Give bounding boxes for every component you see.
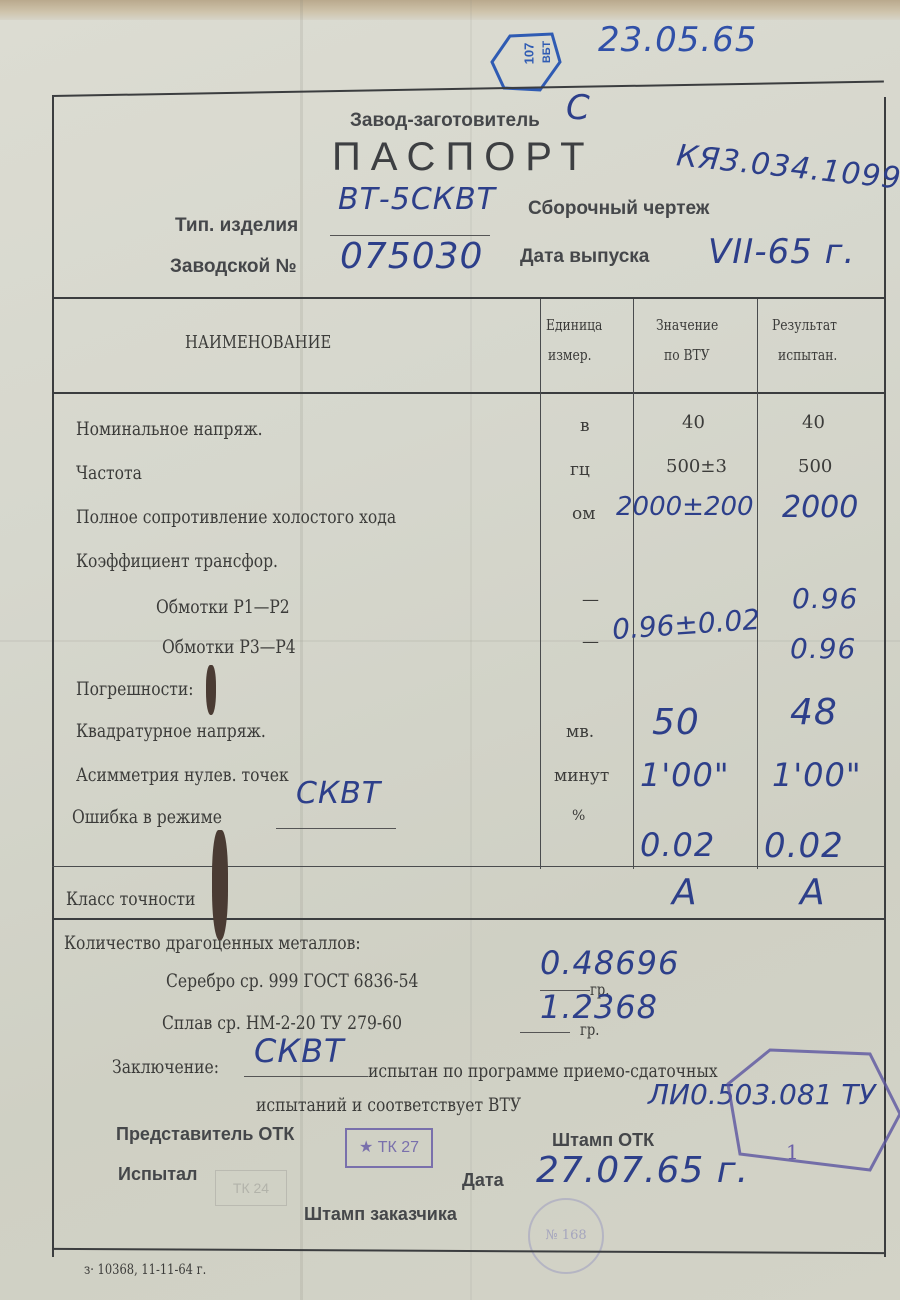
- row-spec: 2000±200: [616, 492, 754, 522]
- stamp-date: 23.05.65: [598, 20, 757, 60]
- header-spec: по ВТУ: [664, 346, 710, 364]
- row-unit: —: [582, 632, 599, 652]
- row-result: 0.96: [790, 632, 856, 665]
- row-name: Квадратурное напряж.: [76, 720, 266, 742]
- header-spec: Значение: [656, 316, 718, 334]
- release-date-label: Дата выпуска: [520, 246, 649, 268]
- row-spec: 40: [682, 412, 705, 433]
- header-result: Результат: [772, 316, 837, 334]
- row-result: 500: [798, 456, 832, 477]
- accuracy-class-spec: А: [672, 872, 698, 913]
- print-info: з· 10368, 11-11-64 г.: [84, 1262, 206, 1278]
- table-header-border: [52, 392, 884, 394]
- row-name: Обмотки Р1—Р2: [156, 596, 290, 618]
- header-name: НАИМЕНОВАНИЕ: [185, 332, 331, 353]
- row-name: Погрешности:: [76, 678, 194, 700]
- row-unit: в: [580, 416, 590, 436]
- row-result: 2000: [782, 490, 858, 525]
- row-result: 40: [802, 412, 825, 433]
- assembly-drawing-label: Сборочный чертеж: [528, 198, 709, 220]
- tested-label: Испытал: [118, 1164, 197, 1185]
- row-spec: 50: [652, 702, 700, 743]
- row-spec: 0.02: [640, 826, 715, 864]
- serial-value: 075030: [340, 236, 483, 277]
- date-value: 27.07.65 г.: [536, 1150, 749, 1191]
- col-divider: [633, 299, 634, 869]
- row-unit: гц: [570, 460, 590, 480]
- row-spec: 500±3: [666, 456, 727, 477]
- row-result: 0.02: [764, 826, 844, 866]
- row-result: 0.96: [792, 582, 858, 615]
- alloy-label: Сплав ср. НМ-2-20 ТУ 279-60: [162, 1012, 402, 1034]
- accuracy-class-label: Класс точности: [66, 888, 195, 910]
- table-bottom-border: [52, 866, 884, 867]
- row-unit: минут: [554, 766, 609, 786]
- row-name: Коэффициент трансфор.: [76, 550, 278, 572]
- row-name: Обмотки Р3—Р4: [162, 636, 296, 658]
- manufacturer-label: Завод-заготовитель: [350, 110, 540, 132]
- silver-value: 0.48696: [540, 944, 679, 982]
- stamp-number: 107: [521, 43, 536, 65]
- accuracy-class-result: А: [800, 872, 826, 913]
- row-unit: —: [582, 590, 599, 610]
- date-label: Дата: [462, 1170, 504, 1191]
- mode-fill: СКВТ: [296, 776, 381, 811]
- serial-label: Заводской №: [170, 256, 297, 278]
- tested-stamp: ТК 24: [215, 1170, 287, 1206]
- customer-stamp-label: Штамп заказчика: [304, 1204, 457, 1225]
- product-type-label: Тип. изделия: [175, 215, 298, 237]
- table-top-border: [52, 297, 884, 299]
- conclusion-product: СКВТ: [254, 1032, 345, 1070]
- alloy-underline: [520, 1032, 570, 1033]
- row-name: Номинальное напряж.: [76, 418, 263, 440]
- product-type-value: ВТ-5СКВТ: [338, 182, 496, 217]
- mode-underline: [276, 828, 396, 829]
- document-title: ПАСПОРТ: [332, 135, 595, 180]
- row-name: Ошибка в режиме: [72, 806, 222, 828]
- alloy-value: 1.2368: [540, 988, 658, 1026]
- frame-top-border: [52, 80, 884, 97]
- otk-rep-label: Представитель ОТК: [116, 1124, 294, 1145]
- row-name: Асимметрия нулев. точек: [76, 764, 289, 786]
- silver-label: Серебро ср. 999 ГОСТ 6836-54: [166, 970, 418, 992]
- row-result: 48: [790, 692, 838, 733]
- registration-stamp: 107 ВБТ: [490, 32, 562, 92]
- header-result: испытан.: [778, 346, 837, 364]
- conclusion-underline: [244, 1076, 368, 1077]
- row-spec: 1'00": [640, 756, 730, 794]
- col-divider: [540, 299, 541, 869]
- header-unit: измер.: [548, 346, 592, 364]
- customer-stamp: № 168: [528, 1198, 604, 1274]
- conclusion-label: Заключение:: [112, 1056, 219, 1078]
- row-name: Полное сопротивление холостого хода: [76, 506, 396, 528]
- row-unit: мв.: [566, 722, 594, 742]
- header-unit: Единица: [546, 316, 602, 334]
- otk-stamp-value: 1: [786, 1140, 799, 1164]
- class-row-border: [52, 918, 884, 920]
- otk-rep-stamp: ★ ТК 27: [345, 1128, 433, 1168]
- col-divider: [757, 299, 758, 869]
- row-name: Частота: [76, 462, 142, 484]
- conclusion-text-2: испытаний и соответствует ВТУ: [256, 1094, 521, 1116]
- paper-tear: [212, 830, 228, 940]
- row-unit: %: [572, 808, 585, 824]
- stamp-dept: ВБТ: [541, 41, 553, 63]
- release-date-value: VII-65 г.: [708, 232, 855, 272]
- row-unit: ом: [572, 504, 595, 524]
- paper-hole: [206, 665, 216, 715]
- otk-stamp-label: Штамп ОТК: [552, 1130, 654, 1151]
- paper-torn-edge: [0, 0, 900, 20]
- row-result: 1'00": [772, 756, 862, 794]
- metals-label: Количество драгоценных металлов:: [64, 932, 361, 954]
- manufacturer-mark: С: [566, 88, 591, 128]
